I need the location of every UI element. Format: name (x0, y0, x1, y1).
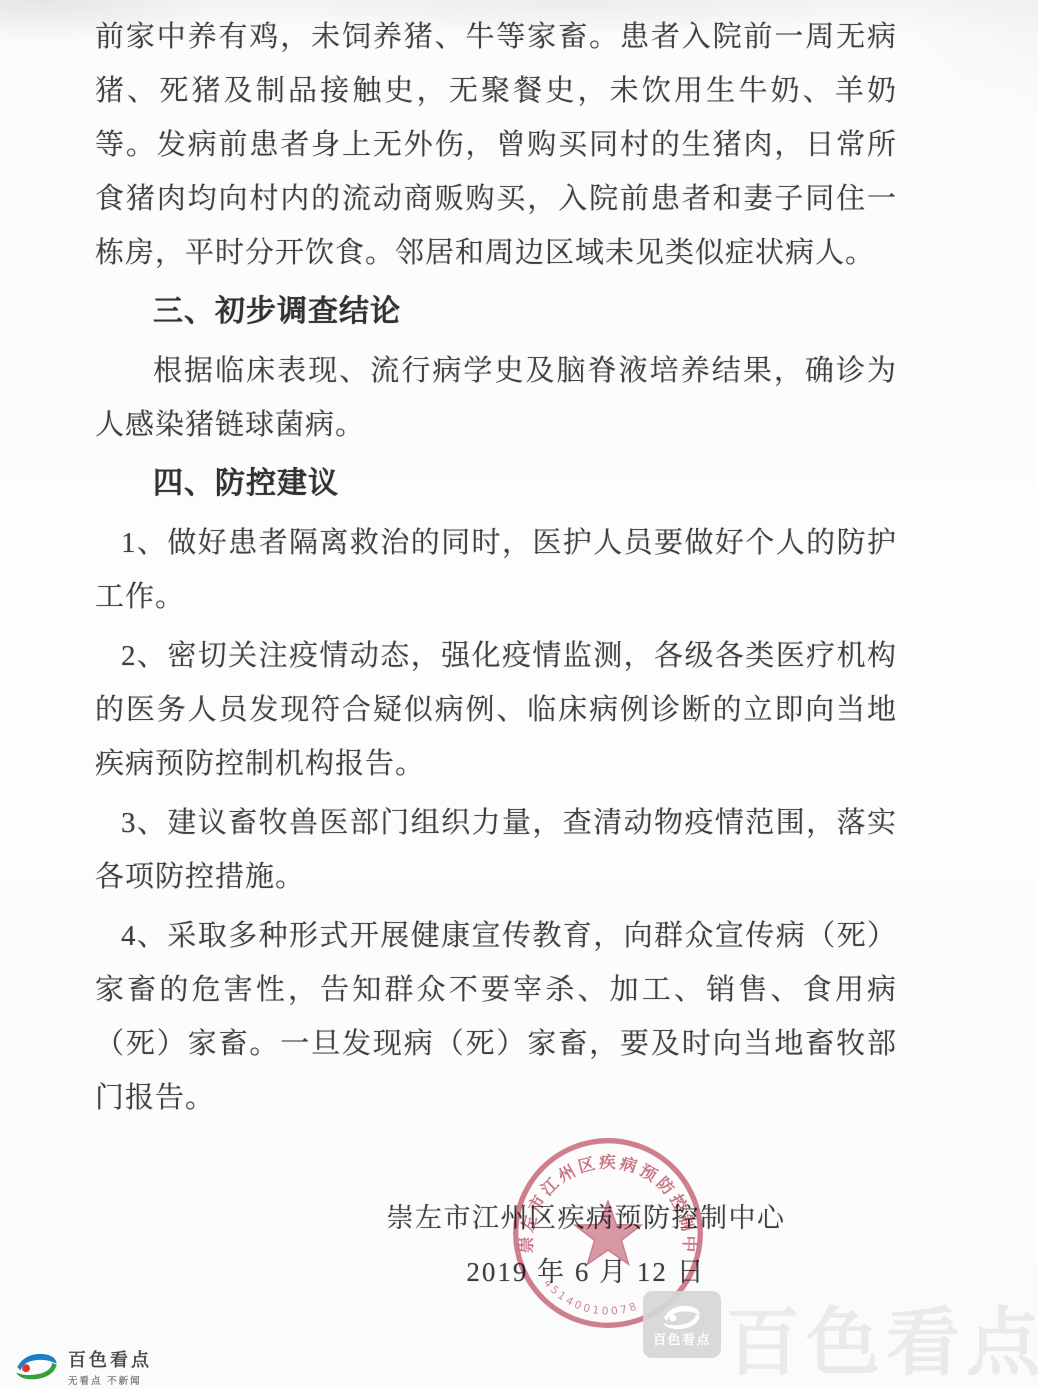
paragraph-conclusion: 根据临床表现、流行病学史及脑脊液培养结果，确诊为人感染猪链球菌病。 (95, 344, 897, 452)
publisher-logo: 百色看点 无看点 不新闻 (14, 1350, 152, 1387)
watermark-badge-label: 百色看点 (653, 1332, 711, 1347)
paragraph-continuation: 前家中养有鸡，未饲养猪、牛等家畜。患者入院前一周无病猪、死猪及制品接触史，无聚餐… (95, 10, 897, 280)
eye-swirl-icon (659, 1303, 705, 1331)
scanned-document-page: 前家中养有鸡，未饲养猪、牛等家畜。患者入院前一周无病猪、死猪及制品接触史，无聚餐… (0, 0, 1038, 1389)
recommendation-item-3: 3、建议畜牧兽医部门组织力量，查清动物疫情范围，落实各项防控措施。 (95, 796, 897, 904)
watermark-badge: 百色看点 (643, 1291, 721, 1358)
recommendation-item-4: 4、采取多种形式开展健康宣传教育，向群众宣传病（死）家畜的危害性，告知群众不要宰… (95, 909, 897, 1125)
watermark-text: 百色看点 (726, 1284, 1038, 1389)
document-body: 前家中养有鸡，未饲养猪、牛等家畜。患者入院前一周无病猪、死猪及制品接触史，无聚餐… (95, 10, 897, 1130)
publisher-tagline: 无看点 不新闻 (68, 1373, 152, 1387)
section-heading-3: 三、初步调查结论 (95, 285, 897, 339)
publisher-swirl-icon (14, 1350, 60, 1382)
publisher-logo-text: 百色看点 无看点 不新闻 (68, 1350, 152, 1387)
seal-star-icon (575, 1201, 641, 1264)
publisher-name: 百色看点 (68, 1350, 152, 1370)
recommendation-item-1: 1、做好患者隔离救治的同时，医护人员要做好个人的防护工作。 (95, 516, 897, 624)
recommendation-item-2: 2、密切关注疫情动态，强化疫情监测，各级各类医疗机构的医务人员发现符合疑似病例、… (95, 629, 897, 791)
section-heading-4: 四、防控建议 (95, 457, 897, 511)
